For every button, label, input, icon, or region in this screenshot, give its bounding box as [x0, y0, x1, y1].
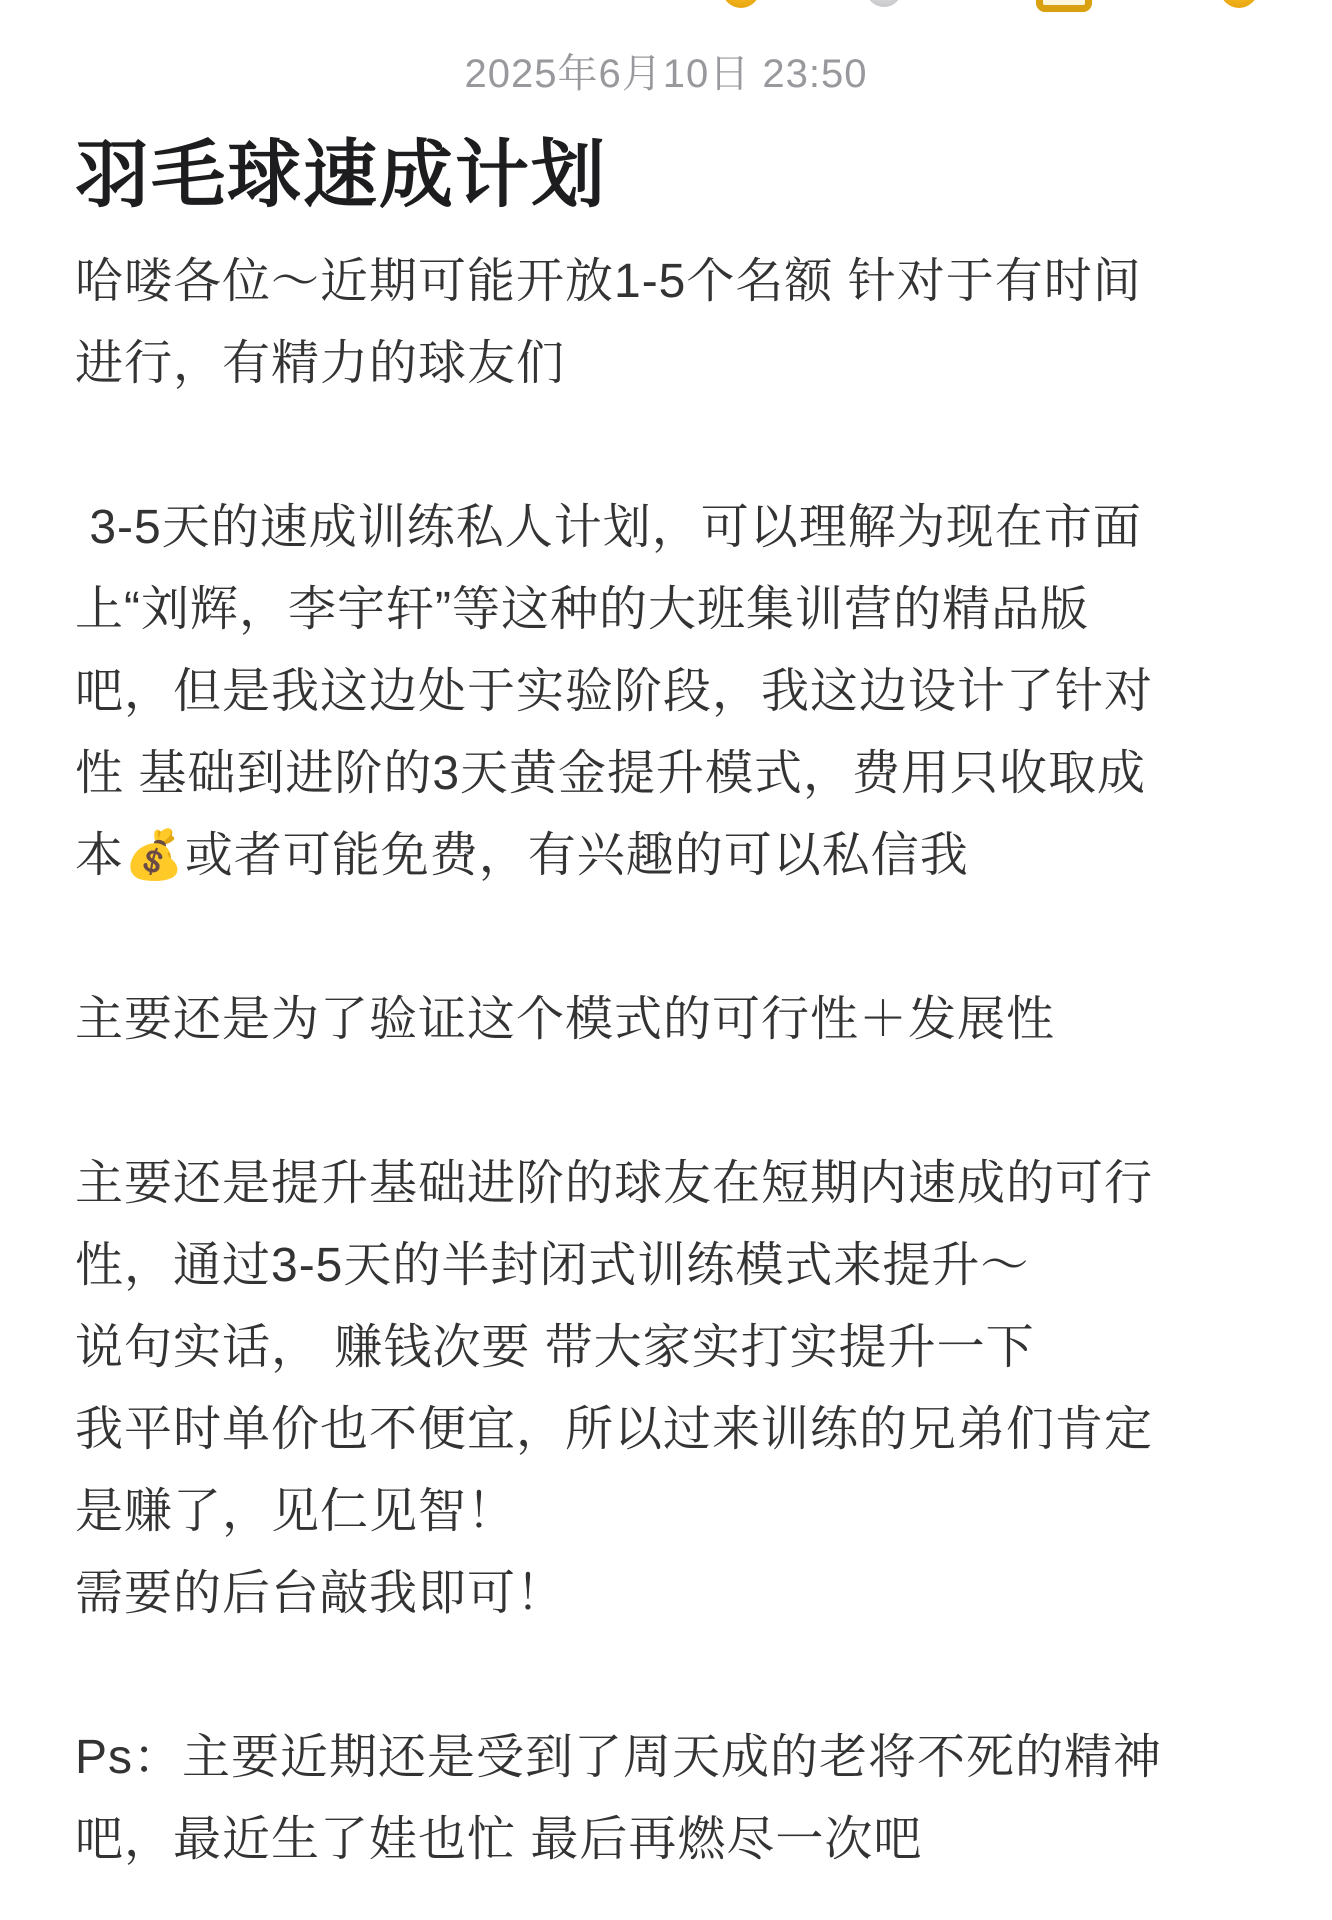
- note-page: 2025年6月10日 23:50 羽毛球速成计划 哈喽各位～近期可能开放1-5个…: [0, 0, 1332, 1920]
- paragraph-1: 哈喽各位～近期可能开放1-5个名额 针对于有时间 进行，有精力的球友们: [75, 241, 1257, 405]
- paragraph-3: 主要还是为了验证这个模式的可行性＋发展性: [75, 979, 1257, 1061]
- gray-round-emoji-icon: [866, 0, 902, 7]
- yellow-square-emoji-icon: [1036, 0, 1092, 12]
- paragraph-4: 主要还是提升基础进阶的球友在短期内速成的可行 性，通过3-5天的半封闭式训练模式…: [75, 1143, 1257, 1635]
- note-body: 哈喽各位～近期可能开放1-5个名额 针对于有时间 进行，有精力的球友们 3-5天…: [75, 241, 1257, 1881]
- note-timestamp: 2025年6月10日 23:50: [0, 42, 1332, 99]
- yellow-round-emoji-icon: [1220, 0, 1258, 8]
- paragraph-5: Ps：主要近期还是受到了周天成的老将不死的精神 吧，最近生了娃也忙 最后再燃尽一…: [75, 1717, 1257, 1881]
- yellow-round-emoji-icon: [722, 0, 760, 8]
- note-title: 羽毛球速成计划: [75, 129, 1257, 221]
- paragraph-2: 3-5天的速成训练私人计划，可以理解为现在市面 上“刘辉，李宇轩”等这种的大班集…: [75, 487, 1257, 897]
